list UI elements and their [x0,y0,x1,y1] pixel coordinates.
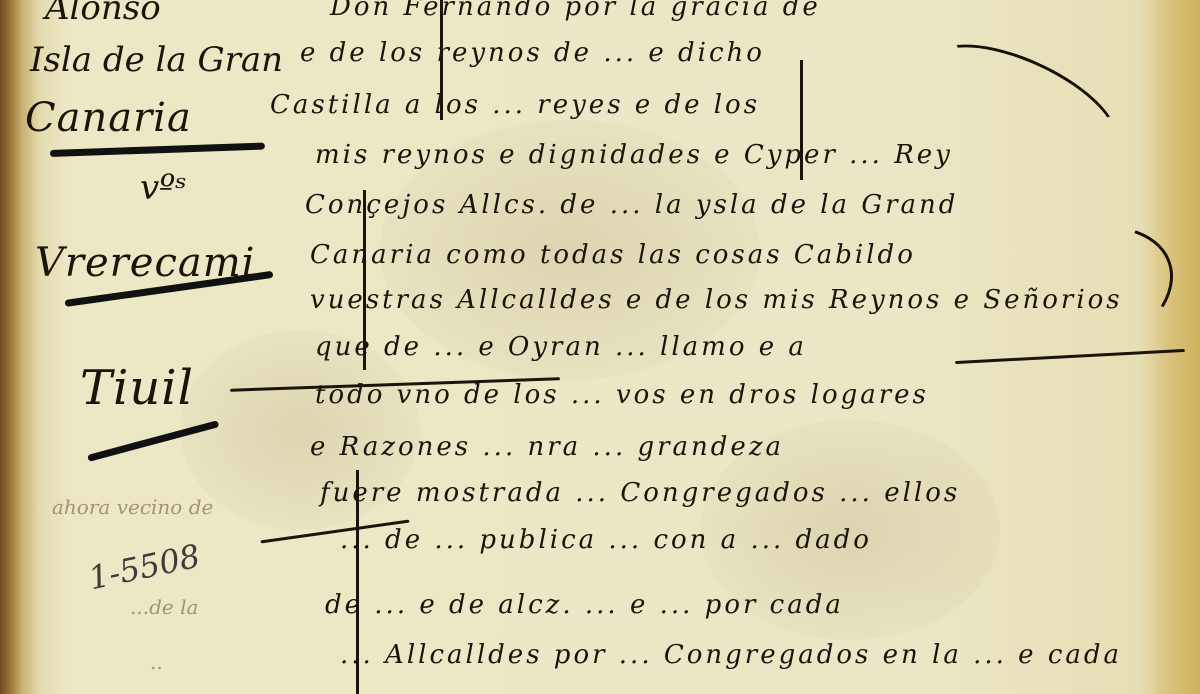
margin-note-faint: .. [150,650,163,674]
text-line: ... Allcalldes por ... Congregados en la… [340,640,1122,670]
underline-stroke [87,420,219,462]
underline-stroke [50,142,265,156]
text-line: Conçejos Allcs. de ... la ysla de la Gra… [305,190,958,220]
text-line: mis reynos e dignidades e Cyper ... Rey [315,140,953,170]
text-line: de ... e de alcz. ... e ... por cada [325,590,844,620]
manuscript-page: Alonso Isla de la Gran Canaria vºˢ Vrere… [0,0,1200,694]
text-line: ... de ... publica ... con a ... dado [340,525,872,555]
text-line: e Razones ... nra ... grandeza [310,432,784,462]
text-line: vuestras Allcalldes e de los mis Reynos … [310,285,1123,315]
text-line: que de ... e Oyran ... llamo e a [315,332,807,362]
margin-note-faint: ...de la [130,595,198,619]
margin-note-top: Alonso [45,0,161,28]
text-line: Canaria como todas las cosas Cabildo [310,240,916,270]
margin-note-isla: Isla de la Gran [30,40,283,80]
text-line: Castilla a los ... reyes e de los [270,90,760,120]
text-line: e de los reynos de ... e dicho [300,38,765,68]
margin-note-canaria: Canaria [25,95,192,141]
text-line: todo vno de los ... vos en dros logares [315,380,929,410]
margin-note-tiuil: Tiuil [80,360,194,416]
margin-note-vos: vºˢ [140,168,187,208]
margin-note-faint: ahora vecino de [52,495,213,519]
margin-note-number: 1-5508 [85,537,203,598]
text-line: fuere mostrada ... Congregados ... ellos [320,478,960,508]
text-line: Don Fernando por la gracia de [330,0,821,22]
